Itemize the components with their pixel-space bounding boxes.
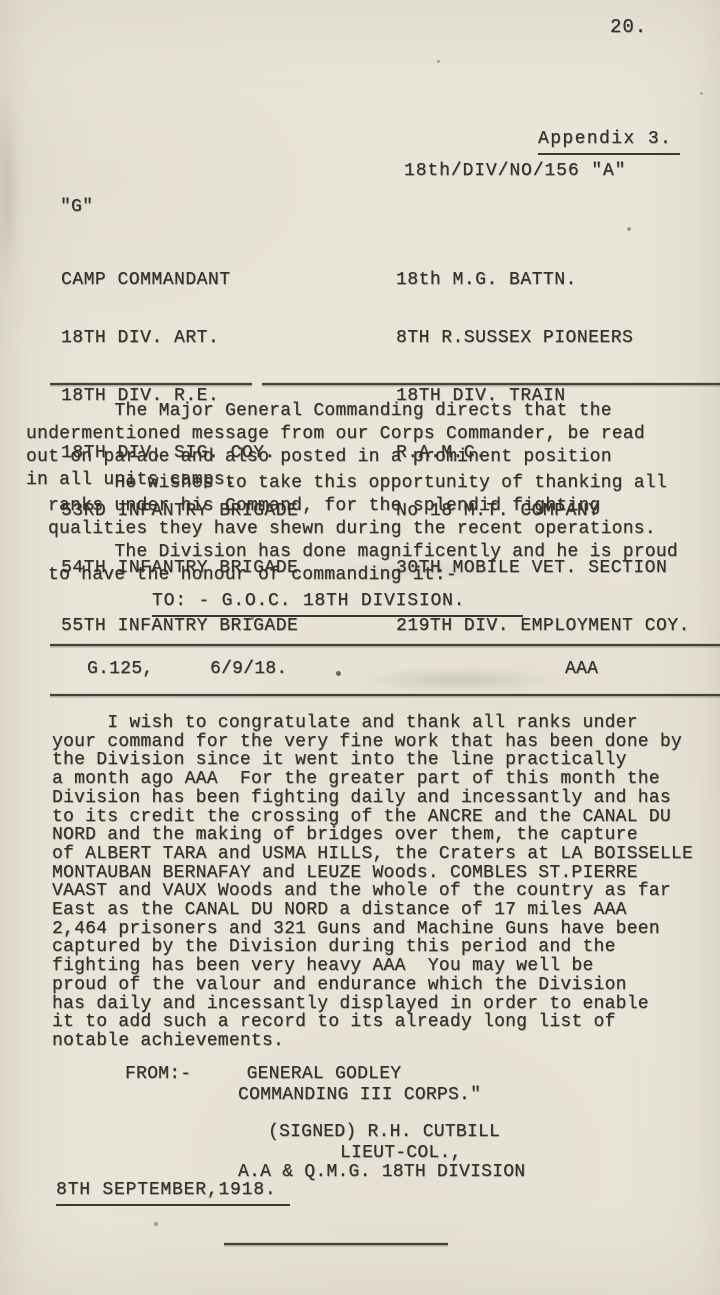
ink-speck xyxy=(627,227,631,231)
ink-speck xyxy=(437,60,440,63)
order-paragraph-2: He wishes to take this opportunity of th… xyxy=(48,472,708,541)
document-page: 20. Appendix 3. 18th/DIV/NO/156 "A" "G" … xyxy=(0,0,720,1295)
divider-rule xyxy=(50,644,720,646)
appendix-heading: Appendix 3. xyxy=(538,128,680,155)
message-body: I wish to congratulate and thank all ran… xyxy=(52,714,712,1051)
from-line: FROM:- GENERAL GODLEY xyxy=(125,1063,401,1086)
message-date: 6/9/18. xyxy=(210,658,287,681)
page-number: 20. xyxy=(610,16,647,39)
unit-item: 18th M.G. BATTN. xyxy=(396,271,690,290)
ink-speck xyxy=(700,92,703,95)
divider-rule xyxy=(262,383,720,385)
message-reference: G.125, xyxy=(87,658,153,681)
unit-item: 219TH DIV. EMPLOYMENT COY. xyxy=(396,617,690,636)
ink-bleed-smudge xyxy=(0,90,20,290)
unit-item: 8TH R.SUSSEX PIONEERS xyxy=(396,329,690,348)
ink-speck xyxy=(154,1222,158,1226)
unit-item: 55TH INFANTRY BRIGADE xyxy=(61,617,298,636)
divider-rule xyxy=(50,383,252,385)
g-branch-label: "G" xyxy=(60,196,93,219)
reference-number: 18th/DIV/NO/156 "A" xyxy=(404,160,626,183)
message-aaa-separator: AAA xyxy=(565,658,598,681)
ink-speck xyxy=(336,671,341,676)
signed-line: (SIGNED) R.H. CUTBILL xyxy=(268,1121,500,1144)
bottom-rule xyxy=(224,1243,448,1245)
order-paragraph-3: The Division has done magnificently and … xyxy=(48,541,708,587)
from-title-line: COMMANDING III CORPS." xyxy=(238,1084,481,1107)
unit-item: CAMP COMMANDANT xyxy=(61,271,298,290)
to-addressee-line: TO: - G.O.C. 18TH DIVISION. xyxy=(152,590,523,617)
divider-rule xyxy=(50,694,720,696)
unit-item: 18TH DIV. ART. xyxy=(61,329,298,348)
ink-speck xyxy=(251,615,254,620)
signature-date-line: 8TH SEPTEMBER,1918. xyxy=(56,1179,290,1206)
